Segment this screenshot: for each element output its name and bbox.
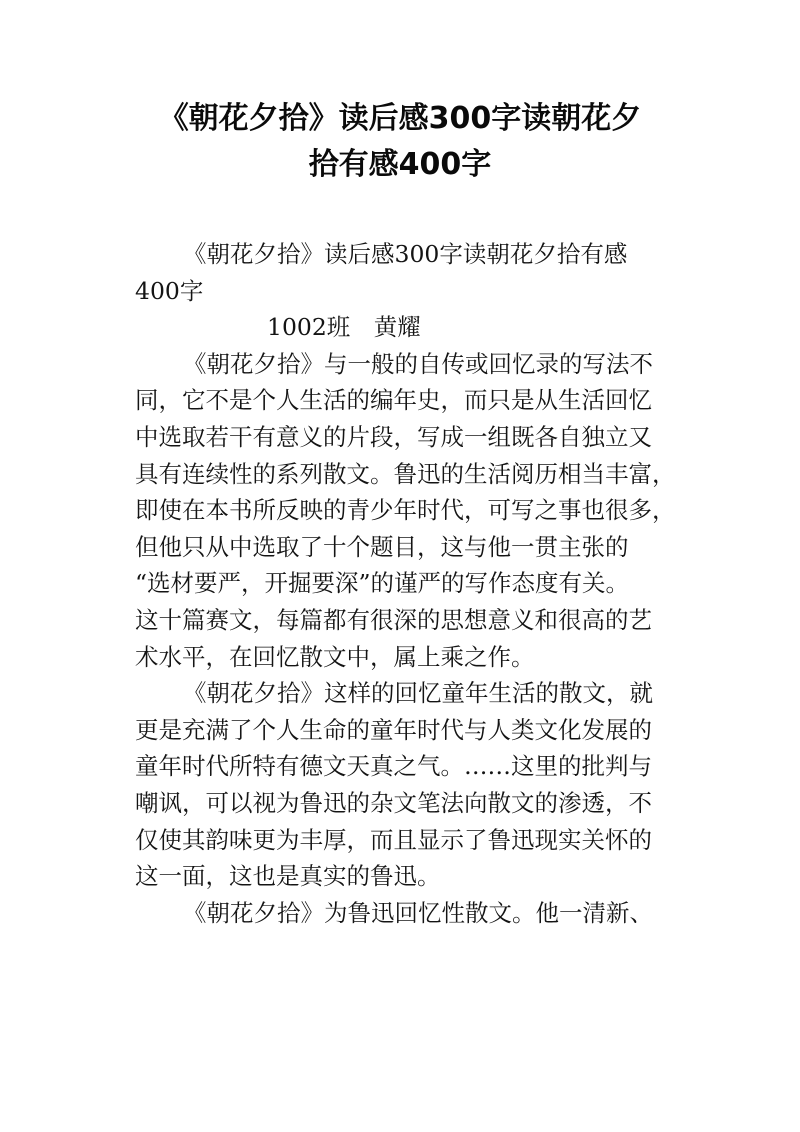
paragraph-2: 《朝花夕拾》这样的回忆童年生活的散文，就 更是充满了个人生命的童年时代与人类文化… [135,675,670,895]
paragraph-line: “选材要严，开掘要深”的谨严的写作态度有关。 [135,565,670,602]
document-body: 《朝花夕拾》读后感300字读朝花夕拾有感 400字 1002班 黄耀 《朝花夕拾… [135,236,670,931]
paragraph-1: 《朝花夕拾》与一般的自传或回忆录的写法不 同，它不是个人生活的编年史，而只是从生… [135,346,670,675]
paragraph-line: 具有连续性的系列散文。鲁迅的生活阅历相当丰富， [135,456,670,493]
document-page: 《朝花夕拾》读后感300字读朝花夕 拾有感400字 《朝花夕拾》读后感300字读… [0,0,800,1132]
paragraph-line: 《朝花夕拾》为鲁迅回忆性散文。他一清新、 [135,895,670,932]
paragraph-line: 《朝花夕拾》与一般的自传或回忆录的写法不 [135,346,670,383]
title-line: 拾有感400字 [100,142,700,188]
paragraph-line: 但他只从中选取了十个题目，这与他一贯主张的 [135,529,670,566]
author-line: 1002班 黄耀 [135,309,670,346]
subtitle-line: 400字 [135,273,670,310]
paragraph-line: 中选取若干有意义的片段，写成一组既各自独立又 [135,419,670,456]
paragraph-line: 术水平，在回忆散文中，属上乘之作。 [135,639,670,676]
document-title: 《朝花夕拾》读后感300字读朝花夕 拾有感400字 [100,96,700,188]
paragraph-line: 这十篇赛文，每篇都有很深的思想意义和很高的艺 [135,602,670,639]
paragraph-3: 《朝花夕拾》为鲁迅回忆性散文。他一清新、 [135,895,670,932]
subtitle-line: 《朝花夕拾》读后感300字读朝花夕拾有感 [135,236,670,273]
paragraph-line: 仅使其韵味更为丰厚，而且显示了鲁迅现实关怀的 [135,822,670,859]
paragraph-line: 即使在本书所反映的青少年时代，可写之事也很多， [135,492,670,529]
title-line: 《朝花夕拾》读后感300字读朝花夕 [100,96,700,142]
paragraph-line: 这一面，这也是真实的鲁迅。 [135,858,670,895]
paragraph-line: 同，它不是个人生活的编年史，而只是从生活回忆 [135,382,670,419]
paragraph-line: 童年时代所特有德文天真之气。……这里的批判与 [135,748,670,785]
paragraph-line: 嘲讽，可以视为鲁迅的杂文笔法向散文的渗透，不 [135,785,670,822]
paragraph-line: 更是充满了个人生命的童年时代与人类文化发展的 [135,712,670,749]
paragraph-line: 《朝花夕拾》这样的回忆童年生活的散文，就 [135,675,670,712]
